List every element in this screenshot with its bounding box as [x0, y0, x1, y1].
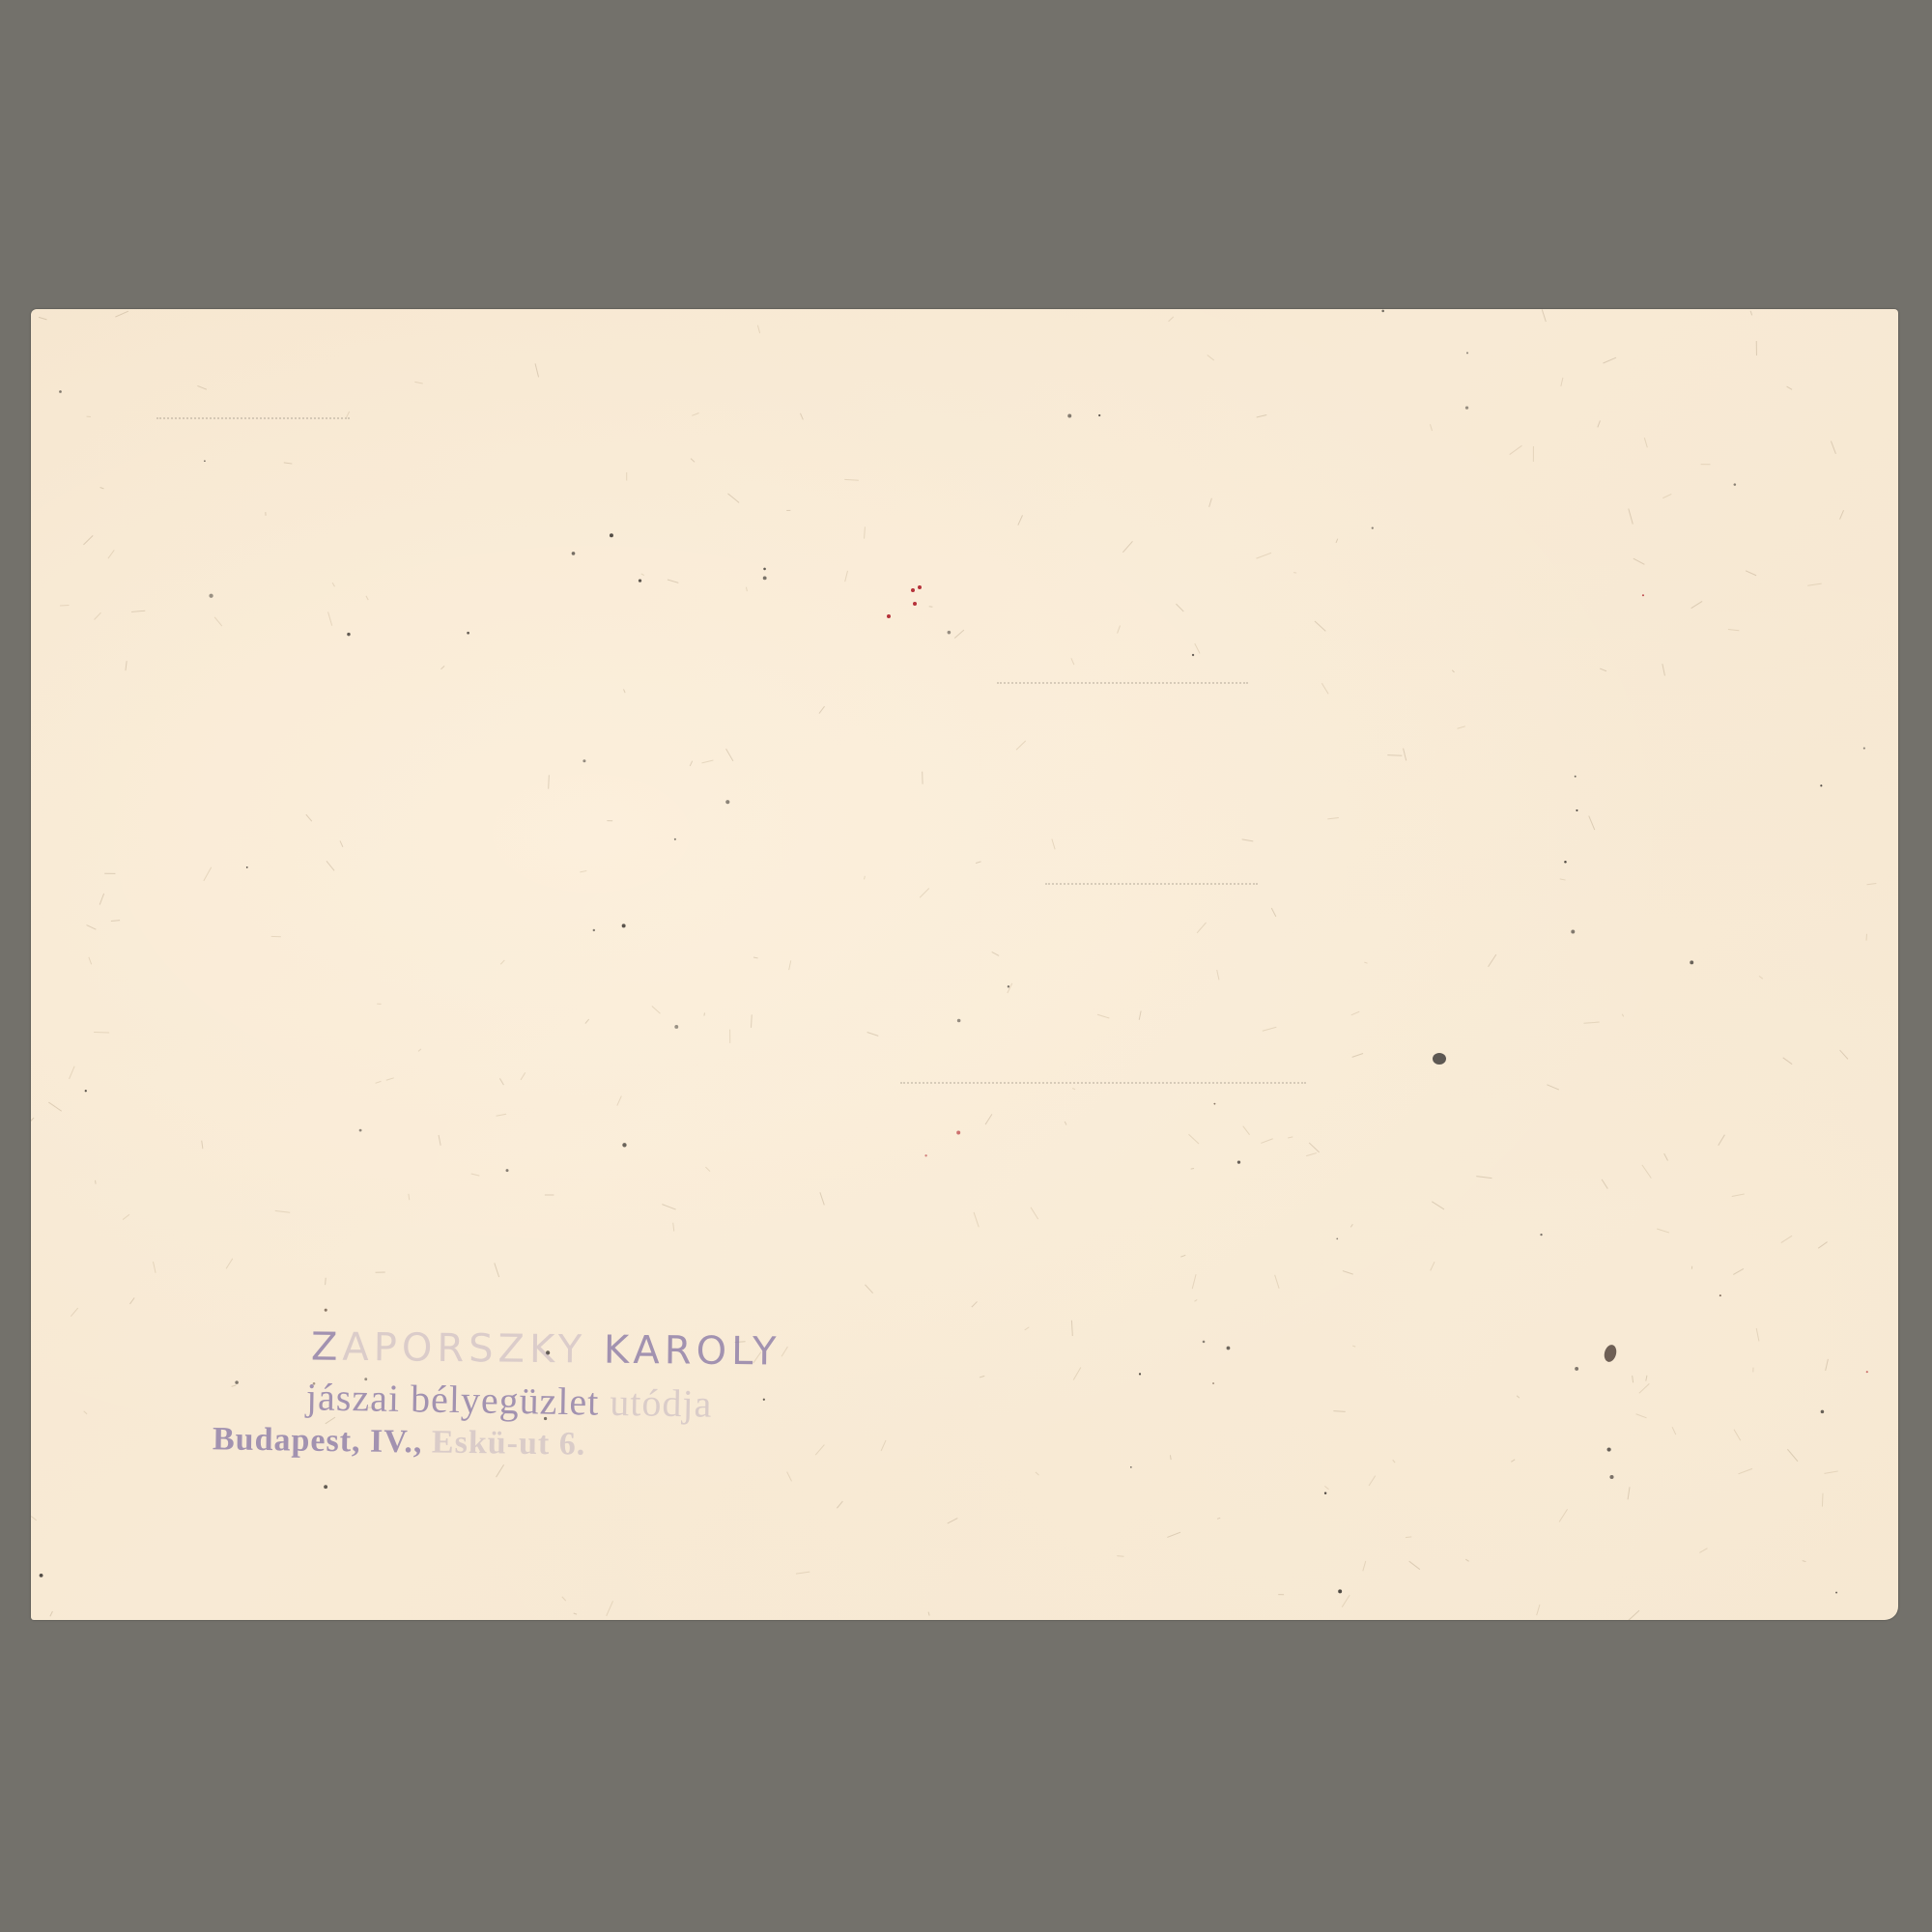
- postcard-back: ZAPORSZKY KAROLY jászai bélyegüzlet utód…: [31, 309, 1898, 1620]
- stamp-address: Budapest, IV., Eskü-ut 6.: [213, 1421, 586, 1463]
- stamp-shop-description: jászai bélyegüzlet utódja: [306, 1374, 713, 1426]
- stamp-merchant-name: ZAPORSZKY KAROLY: [311, 1324, 781, 1374]
